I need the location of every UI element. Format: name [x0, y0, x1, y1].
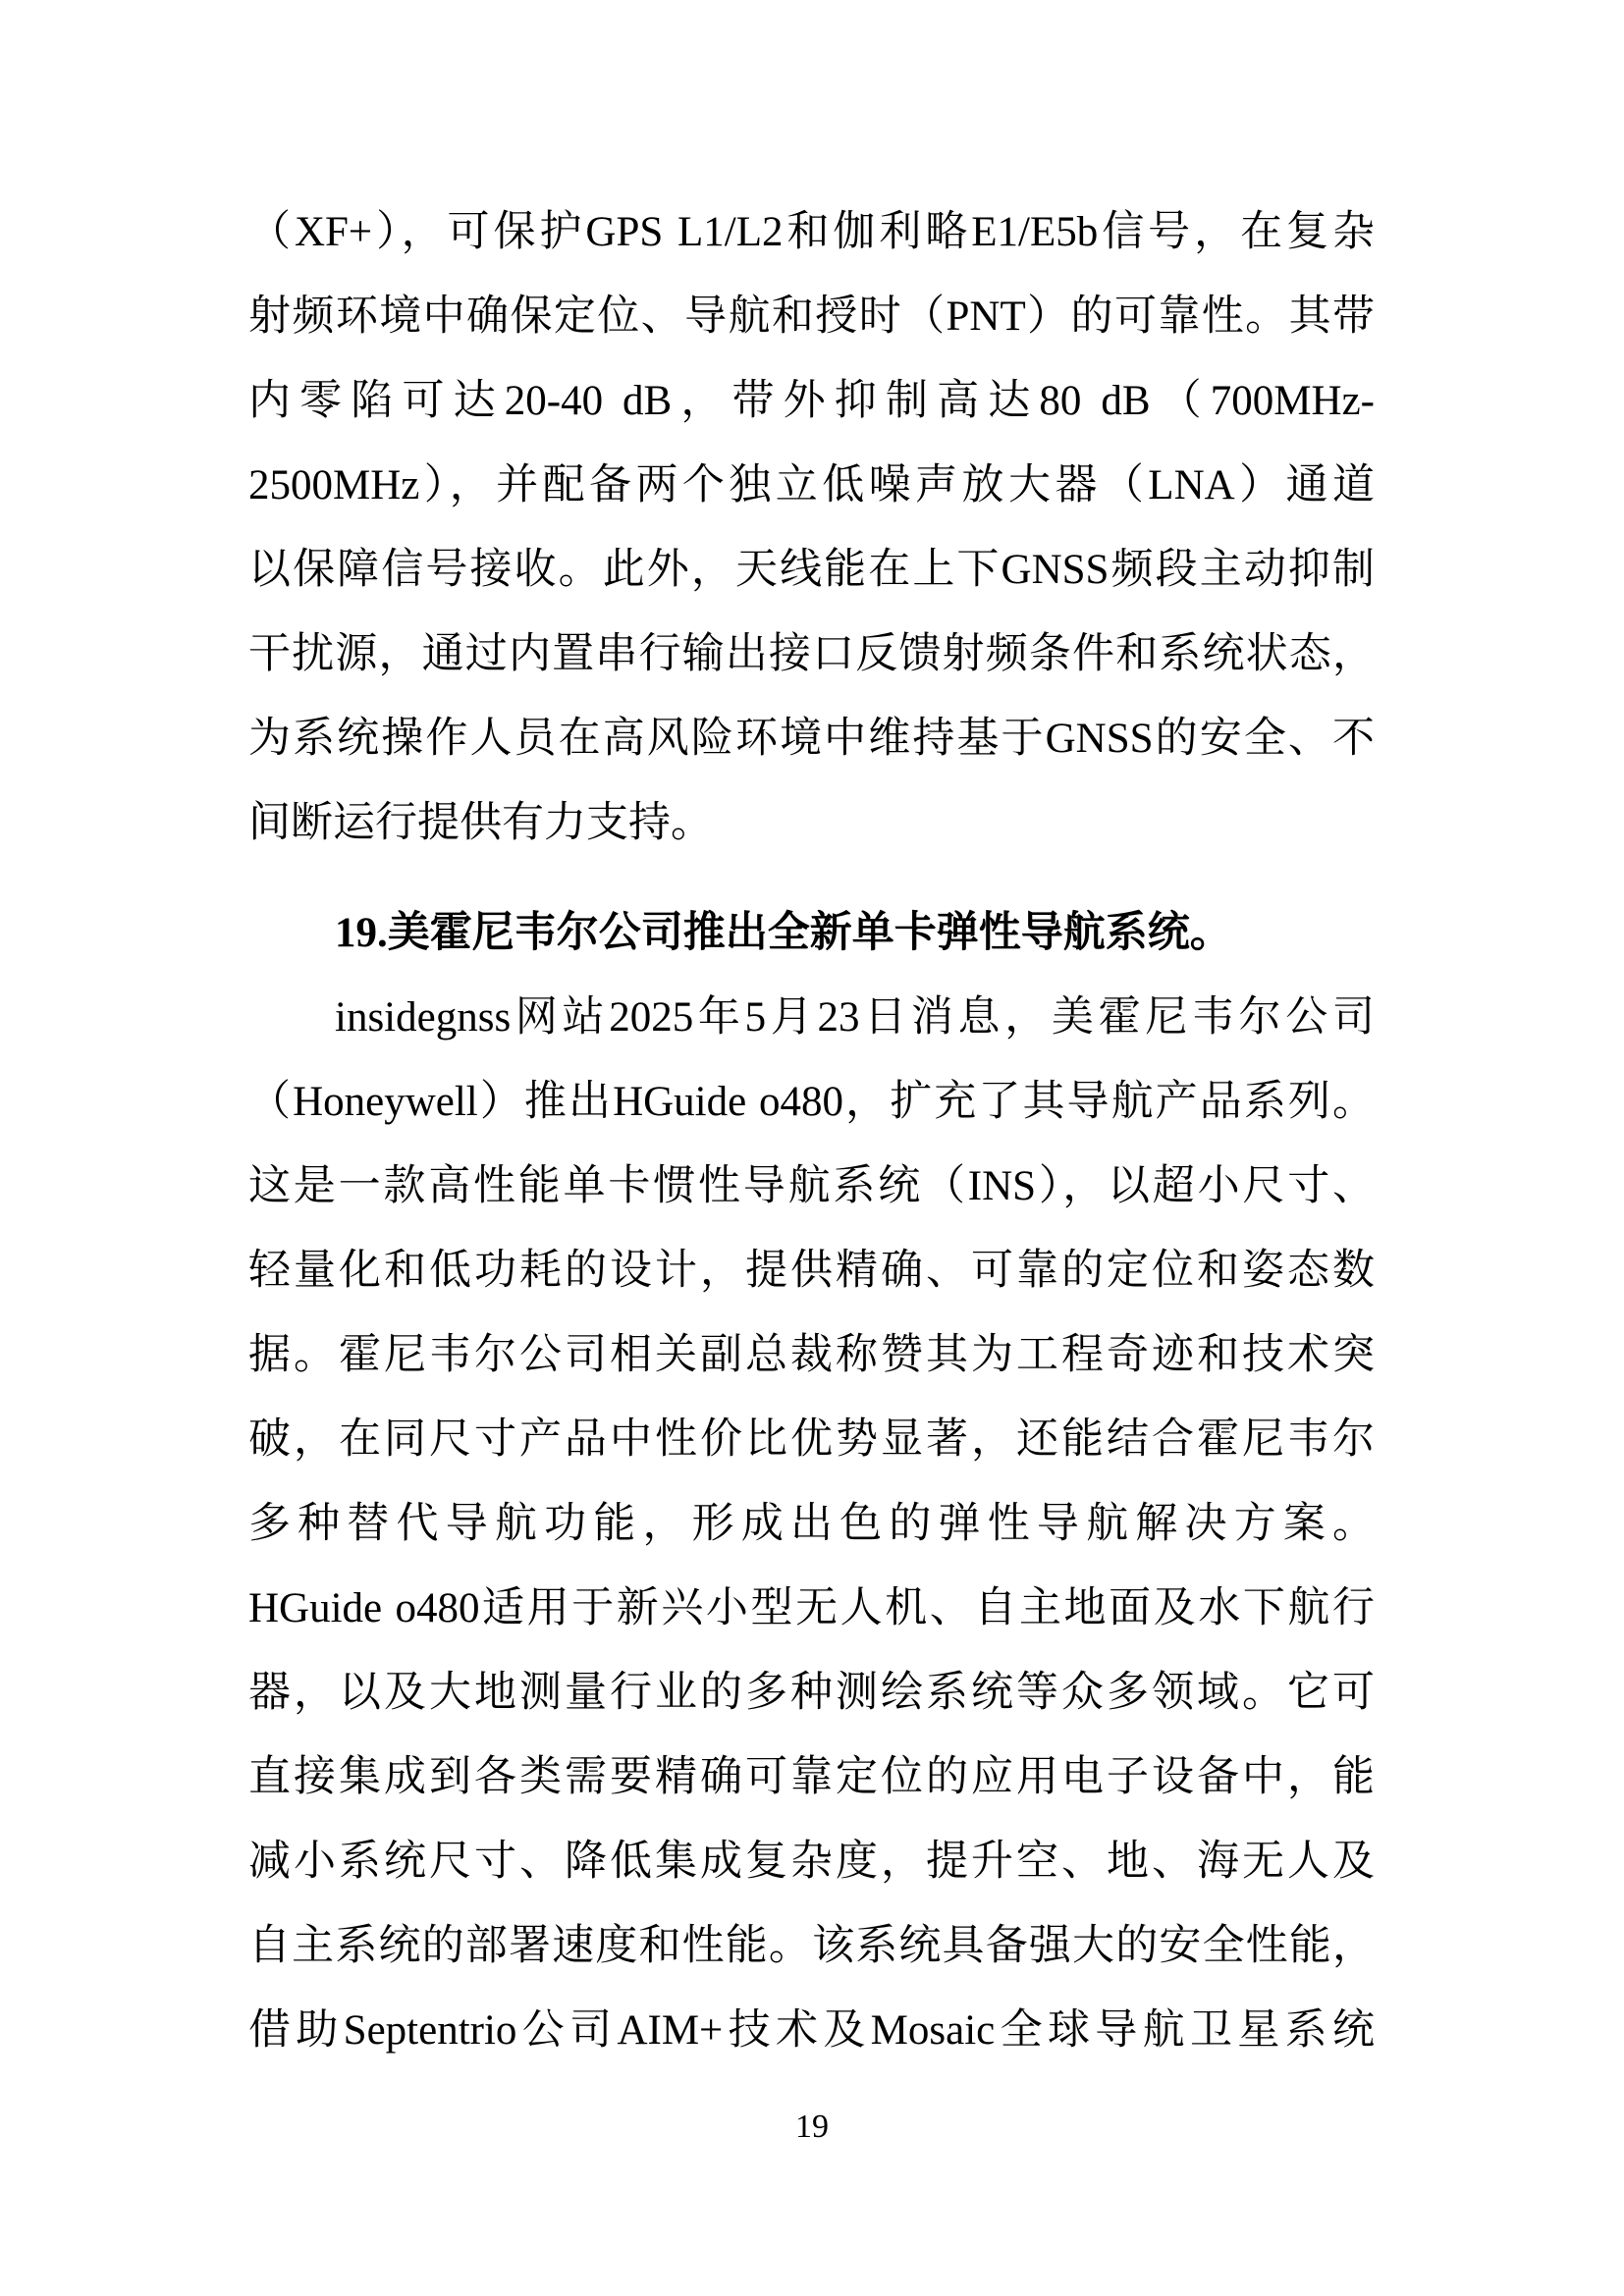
paragraph-line: 射频环境中确保定位、导航和授时（PNT）的可靠性。其带	[248, 275, 1375, 359]
paragraph-line: 破，在同尺寸产品中性价比优势显著，还能结合霍尼韦尔	[248, 1398, 1375, 1482]
paragraph-line: （XF+），可保护GPS L1/L2和伽利略E1/E5b信号，在复杂	[248, 190, 1375, 275]
paragraph-line: 轻量化和低功耗的设计，提供精确、可靠的定位和姿态数	[248, 1229, 1375, 1313]
paragraph-line: 2500MHz），并配备两个独立低噪声放大器（LNA）通道	[248, 444, 1375, 528]
paragraph-line: 减小系统尺寸、降低集成复杂度，提升空、地、海无人及	[248, 1820, 1375, 1904]
paragraph-line: 据。霍尼韦尔公司相关副总裁称赞其为工程奇迹和技术突	[248, 1313, 1375, 1398]
paragraph-line: 为系统操作人员在高风险环境中维持基于GNSS的安全、不	[248, 697, 1375, 781]
paragraph-line: HGuide o480适用于新兴小型无人机、自主地面及水下航行	[248, 1567, 1375, 1651]
paragraph-line: 直接集成到各类需要精确可靠定位的应用电子设备中，能	[248, 1735, 1375, 1820]
paragraph-line: 多种替代导航功能，形成出色的弹性导航解决方案。	[248, 1482, 1375, 1567]
paragraph-line: 内零陷可达20-40 dB，带外抑制高达80 dB（700MHz-	[248, 359, 1375, 444]
section-heading: 19.美霍尼韦尔公司推出全新单卡弹性导航系统。	[248, 891, 1375, 976]
paragraph-line: 借助Septentrio公司AIM+技术及Mosaic全球导航卫星系统	[248, 1989, 1375, 2073]
document-page: （XF+），可保护GPS L1/L2和伽利略E1/E5b信号，在复杂 射频环境中…	[0, 0, 1624, 2296]
paragraph-line: 以保障信号接收。此外，天线能在上下GNSS频段主动抑制	[248, 528, 1375, 613]
paragraph-line: （Honeywell）推出HGuide o480，扩充了其导航产品系列。	[248, 1060, 1375, 1145]
page-number: 19	[0, 2107, 1624, 2148]
paragraph-line: insidegnss网站2025年5月23日消息，美霍尼韦尔公司	[248, 976, 1375, 1060]
paragraph-line: 干扰源，通过内置串行输出接口反馈射频条件和系统状态，	[248, 613, 1375, 697]
paragraph-line: 间断运行提供有力支持。	[248, 781, 1375, 866]
paragraph-line: 器，以及大地测量行业的多种测绘系统等众多领域。它可	[248, 1651, 1375, 1735]
paragraph-line: 自主系统的部署速度和性能。该系统具备强大的安全性能，	[248, 1904, 1375, 1989]
text-block: （XF+），可保护GPS L1/L2和伽利略E1/E5b信号，在复杂 射频环境中…	[248, 190, 1375, 2073]
paragraph-line: 这是一款高性能单卡惯性导航系统（INS），以超小尺寸、	[248, 1145, 1375, 1229]
